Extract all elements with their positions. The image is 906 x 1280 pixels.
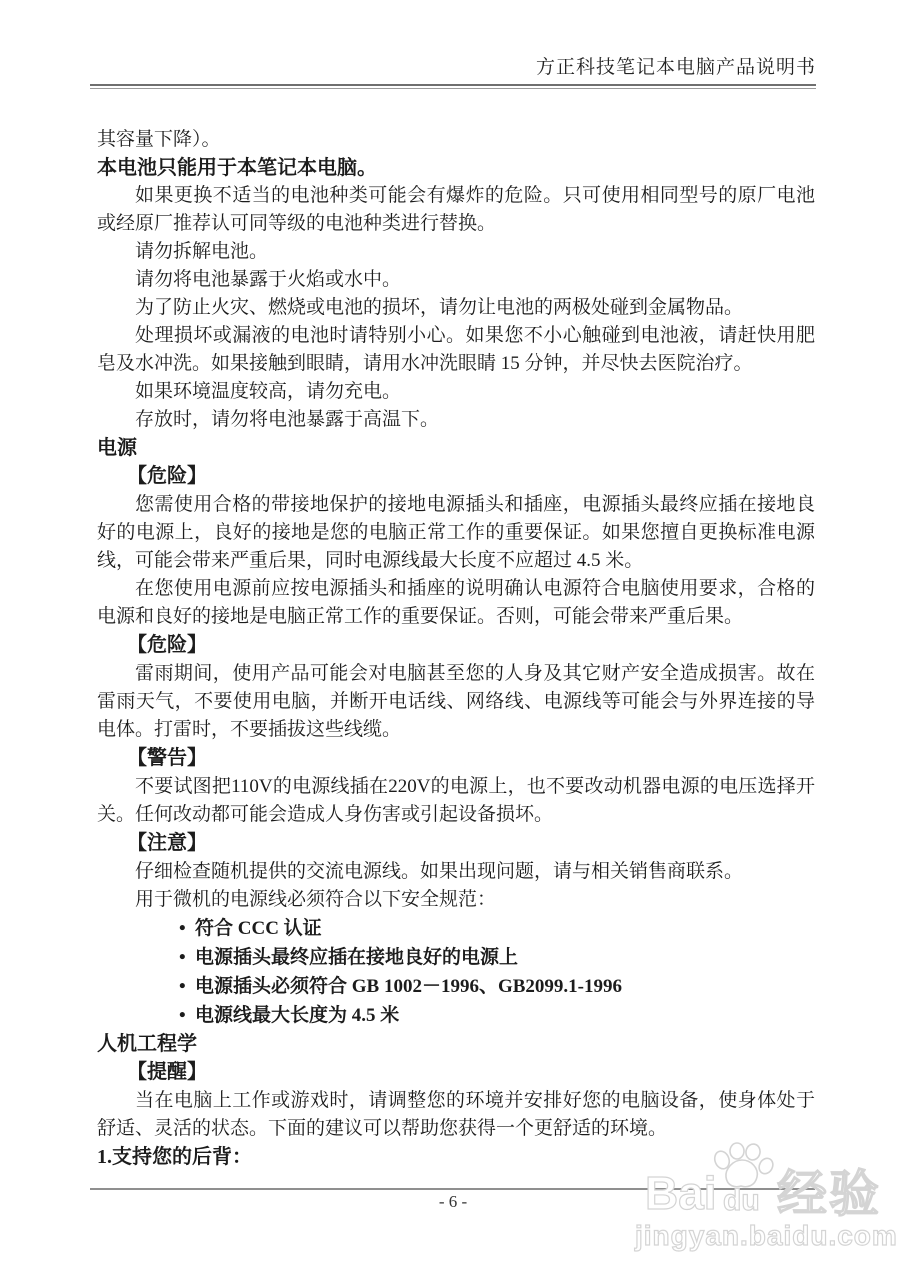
paragraph: 您需使用合格的带接地保护的接地电源插头和插座，电源插头最终应插在接地良好的电源上… bbox=[97, 491, 815, 575]
bullet-text: 电源线最大长度为 4.5 米 bbox=[195, 1005, 399, 1026]
paragraph: 在您使用电源前应按电源插头和插座的说明确认电源符合电脑使用要求，合格的电源和良好… bbox=[97, 575, 815, 631]
header-title: 方正科技笔记本电脑产品说明书 bbox=[90, 56, 816, 80]
paragraph: 用于微机的电源线必须符合以下安全规范： bbox=[97, 886, 815, 914]
header-rule bbox=[90, 84, 816, 89]
bullet-icon: • bbox=[179, 914, 195, 943]
footer-rule bbox=[90, 1188, 815, 1190]
list-item: •电源线最大长度为 4.5 米 bbox=[97, 1001, 815, 1030]
bullet-icon: • bbox=[179, 972, 195, 1001]
paragraph: 请勿拆解电池。 bbox=[97, 238, 815, 266]
notice-label: 【注意】 bbox=[97, 829, 815, 858]
page-header: 方正科技笔记本电脑产品说明书 bbox=[90, 56, 816, 89]
list-item: •电源插头必须符合 GB 1002－1996、GB2099.1-1996 bbox=[97, 972, 815, 1001]
paragraph: 仔细检查随机提供的交流电源线。如果出现问题，请与相关销售商联系。 bbox=[97, 858, 815, 886]
subsection-heading-back-support: 1.支持您的后背： bbox=[97, 1143, 815, 1171]
paragraph: 如果环境温度较高，请勿充电。 bbox=[97, 378, 815, 406]
reminder-label: 【提醒】 bbox=[97, 1058, 815, 1087]
document-body: 其容量下降）。 本电池只能用于本笔记本电脑。 如果更换不适当的电池种类可能会有爆… bbox=[97, 126, 815, 1171]
paragraph: 当在电脑上工作或游戏时，请调整您的环境并安排好您的电脑设备，使身体处于舒适、灵活… bbox=[97, 1087, 815, 1143]
paragraph: 雷雨期间，使用产品可能会对电脑甚至您的人身及其它财产安全造成损害。故在雷雨天气，… bbox=[97, 660, 815, 744]
paragraph: 不要试图把110V的电源线插在220V的电源上，也不要改动机器电源的电压选择开关… bbox=[97, 773, 815, 829]
section-heading-power: 电源 bbox=[97, 434, 815, 462]
bullet-text: 符合 CCC 认证 bbox=[195, 918, 322, 939]
bullet-icon: • bbox=[179, 1001, 195, 1030]
list-item: •电源插头最终应插在接地良好的电源上 bbox=[97, 943, 815, 972]
paragraph: 处理损坏或漏液的电池时请特别小心。如果您不小心触碰到电池液，请赶快用肥皂及水冲洗… bbox=[97, 322, 815, 378]
bullet-icon: • bbox=[179, 943, 195, 972]
paragraph: 如果更换不适当的电池种类可能会有爆炸的危险。只可使用相同型号的原厂电池或经原厂推… bbox=[97, 182, 815, 238]
paragraph: 为了防止火灾、燃烧或电池的损坏，请勿让电池的两极处碰到金属物品。 bbox=[97, 294, 815, 322]
danger-label: 【危险】 bbox=[97, 462, 815, 491]
list-item: •符合 CCC 认证 bbox=[97, 914, 815, 943]
document-page: 方正科技笔记本电脑产品说明书 其容量下降）。 本电池只能用于本笔记本电脑。 如果… bbox=[0, 0, 906, 1280]
bullet-text: 电源插头最终应插在接地良好的电源上 bbox=[195, 947, 518, 968]
paragraph: 其容量下降）。 bbox=[97, 126, 815, 154]
section-heading: 本电池只能用于本笔记本电脑。 bbox=[97, 154, 815, 182]
paragraph: 存放时，请勿将电池暴露于高温下。 bbox=[97, 406, 815, 434]
watermark-url: jingyan.baidu.com bbox=[635, 1220, 898, 1252]
warning-label: 【警告】 bbox=[97, 744, 815, 773]
page-number: - 6 - bbox=[0, 1192, 906, 1212]
bullet-text: 电源插头必须符合 GB 1002－1996、GB2099.1-1996 bbox=[195, 976, 622, 997]
paragraph: 请勿将电池暴露于火焰或水中。 bbox=[97, 266, 815, 294]
section-heading-ergonomics: 人机工程学 bbox=[97, 1030, 815, 1058]
danger-label: 【危险】 bbox=[97, 631, 815, 660]
